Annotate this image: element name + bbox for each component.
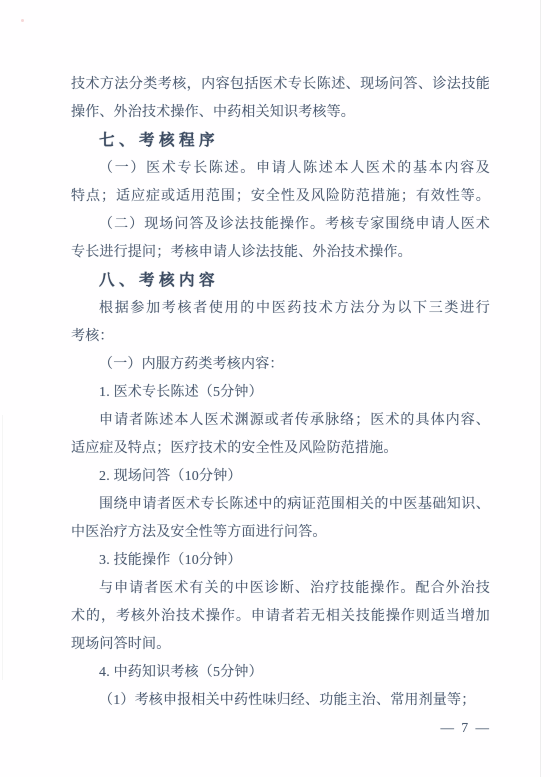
text-line: 考核： — [71, 323, 490, 351]
text-line: （一）医术专长陈述。申请人陈述本人医术的基本内容及 — [71, 155, 490, 183]
section-heading: 七、考核程序 — [71, 127, 490, 155]
numbered-item: 2. 现场问答（10分钟） — [71, 463, 490, 491]
text-line: 与申请者医术有关的中医诊断、治疗技能操作。配合外治技 — [71, 575, 490, 603]
scan-edge-line-right — [540, 0, 541, 777]
text-line: 特点；适应症或适用范围；安全性及风险防范措施；有效性等。 — [71, 183, 490, 211]
text-line: 根据参加考核者使用的中医药技术方法分为以下三类进行 — [71, 295, 490, 323]
text-line: 技术方法分类考核，内容包括医术专长陈述、现场问答、诊法技能 — [71, 71, 490, 99]
text-line: 中医治疗方法及安全性等方面进行问答。 — [71, 519, 490, 547]
text-line: 围绕申请者医术专长陈述中的病证范围相关的中医基础知识、 — [71, 491, 490, 519]
section-heading: 八、考核内容 — [71, 267, 490, 295]
numbered-item: 1. 医术专长陈述（5分钟） — [71, 379, 490, 407]
numbered-item: 4. 中药知识考核（5分钟） — [71, 659, 490, 687]
text-line: 申请者陈述本人医术渊源或者传承脉络；医术的具体内容、 — [71, 407, 490, 435]
numbered-item: 3. 技能操作（10分钟） — [71, 547, 490, 575]
text-line: （1）考核申报相关中药性味归经、功能主治、常用剂量等； — [71, 687, 490, 715]
text-line: （二）现场问答及诊法技能操作。考核专家围绕申请人医术 — [71, 211, 490, 239]
document-body: 技术方法分类考核，内容包括医术专长陈述、现场问答、诊法技能 操作、外治技术操作、… — [71, 71, 490, 715]
text-line: 专长进行提问；考核申请人诊法技能、外治技术操作。 — [71, 239, 490, 267]
text-line: 现场问答时间。 — [71, 631, 490, 659]
text-line: 术的，考核外治技术操作。申请者若无相关技能操作则适当增加 — [71, 603, 490, 631]
scan-edge-line-left — [2, 415, 3, 680]
text-line: 适应症及特点；医疗技术的安全性及风险防范措施。 — [71, 435, 490, 463]
text-line: 操作、外治技术操作、中药相关知识考核等。 — [71, 99, 490, 127]
document-page: 技术方法分类考核，内容包括医术专长陈述、现场问答、诊法技能 操作、外治技术操作、… — [0, 0, 550, 777]
scan-mark-dot — [21, 19, 24, 22]
page-number: — 7 — — [441, 714, 492, 742]
text-line: （一）内服方药类考核内容： — [71, 351, 490, 379]
